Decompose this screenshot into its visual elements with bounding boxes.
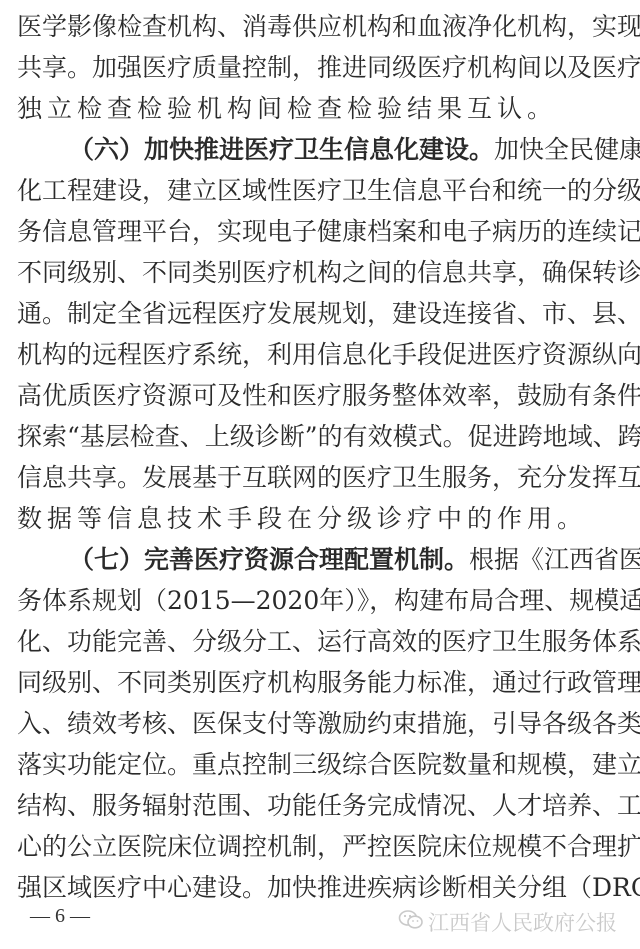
text-line: 务体系规划（2015—2020年）》，构建布局合理、规模适宜、结构优 (17, 580, 623, 621)
text-line: 不同级别、不同类别医疗机构之间的信息共享，确保转诊信息畅 (17, 252, 623, 293)
text-line: 探索“基层检查、上级诊断”的有效模式。促进跨地域、跨机构就诊 (17, 416, 623, 457)
text-line: 化、功能完善、分级分工、运行高效的医疗卫生服务体系。制定不 (17, 621, 623, 662)
text-line: 医学影像检查机构、消毒供应机构和血液净化机构，实现区域资源 (17, 6, 623, 47)
text-line: 高优质医疗资源可及性和医疗服务整体效率，鼓励有条件的地方 (17, 375, 623, 416)
watermark: 江西省人民政府公报 (398, 907, 617, 937)
text-line: 通。制定全省远程医疗发展规划，建设连接省、市、县、乡四级医疗 (17, 293, 623, 334)
text-line: 共享。加强医疗质量控制，推进同级医疗机构间以及医疗机构与 (17, 47, 623, 88)
watermark-text: 江西省人民政府公报 (428, 907, 617, 937)
text-line: 同级别、不同类别医疗机构服务能力标准，通过行政管理、财政投 (17, 662, 623, 703)
text-line: 落实功能定位。重点控制三级综合医院数量和规模，建立以病种 (17, 744, 623, 785)
text-line: 心的公立医院床位调控机制，严控医院床位规模不合理扩张。加 (17, 826, 623, 867)
text-line: 入、绩效考核、医保支付等激励约束措施，引导各级各类医疗机构 (17, 703, 623, 744)
section-heading-line: （七）完善医疗资源合理配置机制。根据《江西省医疗卫生服 (17, 539, 623, 580)
page-number: — 6 — (30, 905, 90, 928)
document-page: 医学影像检查机构、消毒供应机构和血液净化机构，实现区域资源 共享。加强医疗质量控… (17, 6, 623, 908)
text-span: 根据《江西省医疗卫生服 (469, 545, 640, 574)
section-heading-line: （六）加快推进医疗卫生信息化建设。加快全民健康保障信息 (17, 129, 623, 170)
text-line: 结构、服务辐射范围、功能任务完成情况、人才培养、工作效率为核 (17, 785, 623, 826)
section-heading-6: （六）加快推进医疗卫生信息化建设。 (69, 135, 494, 164)
text-line: 务信息管理平台，实现电子健康档案和电子病历的连续记录以及 (17, 211, 623, 252)
text-span: 加快全民健康保障信息 (494, 135, 640, 164)
section-heading-7: （七）完善医疗资源合理配置机制。 (69, 545, 469, 574)
text-line: 独立检查检验机构间检查检验结果互认。 (17, 88, 623, 129)
text-line: 强区域医疗中心建设。加快推进疾病诊断相关分组（DRGs）的医 (17, 867, 623, 908)
wechat-icon (398, 909, 428, 936)
text-line: 数据等信息技术手段在分级诊疗中的作用。 (17, 498, 623, 539)
text-line: 信息共享。发展基于互联网的医疗卫生服务，充分发挥互联网、大 (17, 457, 623, 498)
text-line: 机构的远程医疗系统，利用信息化手段促进医疗资源纵向流动，提 (17, 334, 623, 375)
text-line: 化工程建设，建立区域性医疗卫生信息平台和统一的分级诊疗服 (17, 170, 623, 211)
